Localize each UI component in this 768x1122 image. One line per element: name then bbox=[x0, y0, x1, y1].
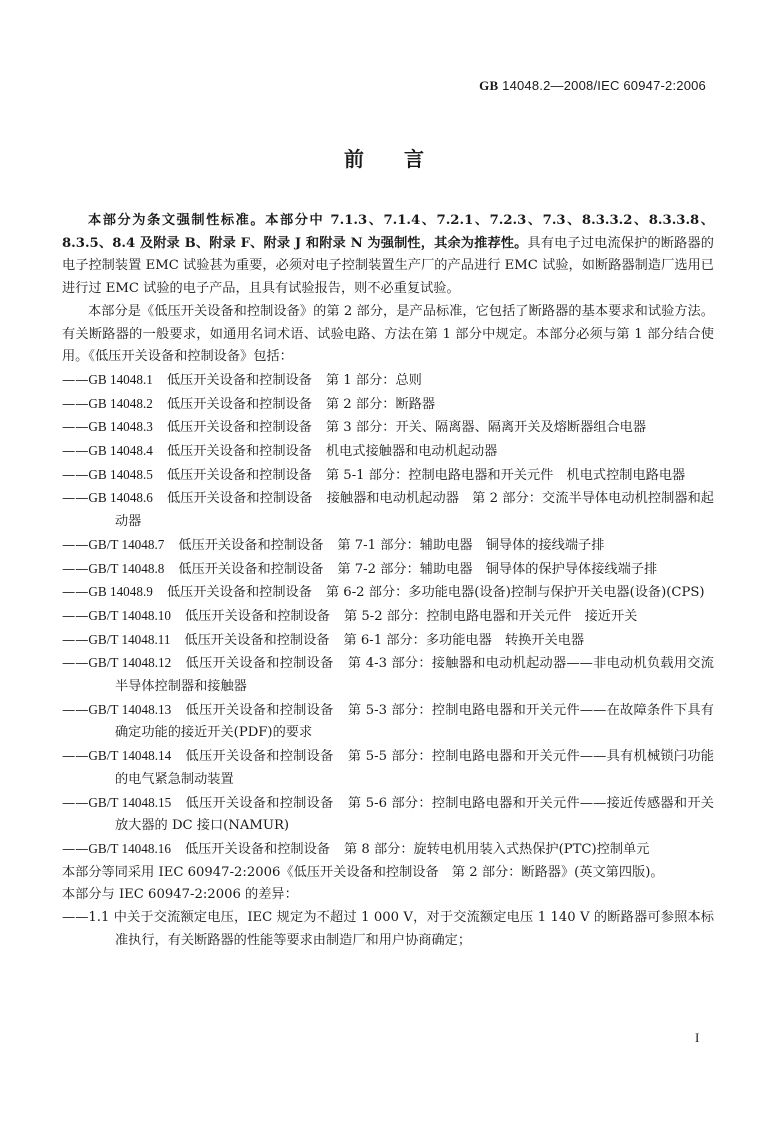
standard-part-title: 第 6-2 部分：多功能电器(设备)控制与保护开关电器(设备)(CPS) bbox=[326, 585, 705, 600]
standard-series: 低压开关设备和控制设备 bbox=[167, 468, 312, 483]
standard-code: GB/T 14048.11 bbox=[88, 632, 170, 647]
standard-code: GB 14048.9 bbox=[88, 584, 152, 599]
standard-part-title: 第 6-1 部分：多功能电器 转换开关电器 bbox=[344, 633, 585, 648]
em-dash: —— bbox=[62, 468, 88, 483]
em-dash: —— bbox=[62, 656, 88, 671]
standard-series: 低压开关设备和控制设备 bbox=[167, 585, 312, 600]
standard-series: 低压开关设备和控制设备 bbox=[185, 749, 333, 764]
standard-code: GB/T 14048.7 bbox=[88, 537, 164, 552]
page-title: 前言 bbox=[0, 143, 768, 172]
standard-code: GB/T 14048.10 bbox=[88, 608, 171, 623]
standard-prefix: GB bbox=[479, 78, 498, 93]
em-dash: —— bbox=[62, 420, 88, 435]
differences-list: ——1.1 中关于交流额定电压，IEC 规定为不超过 1 000 V，对于交流额… bbox=[62, 907, 714, 952]
paragraph-scope: 本部分是《低压开关设备和控制设备》的第 2 部分，是产品标准，它包括了断路器的基… bbox=[62, 301, 714, 369]
standard-number: 14048.2—2008/IEC 60947-2:2006 bbox=[502, 78, 706, 93]
standard-series: 低压开关设备和控制设备 bbox=[178, 562, 323, 577]
standard-series-list: ——GB 14048.1低压开关设备和控制设备第 1 部分：总则——GB 140… bbox=[62, 369, 714, 862]
em-dash: —— bbox=[62, 609, 88, 624]
standard-code: GB 14048.5 bbox=[88, 467, 152, 482]
em-dash: —— bbox=[62, 585, 88, 600]
standard-part-title: 第 7-1 部分：辅助电器 铜导体的接线端子排 bbox=[337, 538, 604, 553]
standard-list-item: ——GB/T 14048.7低压开关设备和控制设备第 7-1 部分：辅助电器 铜… bbox=[62, 534, 714, 558]
em-dash: —— bbox=[62, 633, 88, 648]
standard-series: 低压开关设备和控制设备 bbox=[185, 796, 333, 811]
standard-part-title: 第 5-2 部分：控制电路电器和开关元件 接近开关 bbox=[344, 609, 637, 624]
em-dash: —— bbox=[62, 910, 88, 925]
standard-list-item: ——GB/T 14048.16低压开关设备和控制设备第 8 部分：旋转电机用装入… bbox=[62, 838, 714, 862]
standard-list-item: ——GB 14048.1低压开关设备和控制设备第 1 部分：总则 bbox=[62, 369, 714, 393]
standard-series: 低压开关设备和控制设备 bbox=[185, 609, 330, 624]
em-dash: —— bbox=[62, 397, 88, 412]
standard-list-item: ——GB/T 14048.10低压开关设备和控制设备第 5-2 部分：控制电路电… bbox=[62, 605, 714, 629]
standard-series: 低压开关设备和控制设备 bbox=[185, 703, 333, 718]
standard-series: 低压开关设备和控制设备 bbox=[178, 538, 323, 553]
differences-intro: 本部分与 IEC 60947-2:2006 的差异： bbox=[62, 884, 714, 907]
standard-list-item: ——GB/T 14048.13低压开关设备和控制设备第 5-3 部分：控制电路电… bbox=[62, 699, 714, 745]
page-number: I bbox=[695, 1030, 699, 1046]
standard-list-item: ——GB 14048.6低压开关设备和控制设备接触器和电动机起动器 第 2 部分… bbox=[62, 487, 714, 533]
standard-code: GB/T 14048.13 bbox=[88, 702, 171, 717]
standard-code: GB/T 14048.16 bbox=[88, 841, 171, 856]
document-body: 本部分为条文强制性标准。本部分中 7.1.3、7.1.4、7.2.1、7.2.3… bbox=[62, 210, 714, 953]
em-dash: —— bbox=[62, 842, 88, 857]
difference-text: 1.1 中关于交流额定电压，IEC 规定为不超过 1 000 V，对于交流额定电… bbox=[88, 910, 714, 948]
em-dash: —— bbox=[62, 491, 88, 506]
standard-list-item: ——GB 14048.9低压开关设备和控制设备第 6-2 部分：多功能电器(设备… bbox=[62, 581, 714, 605]
standard-code: GB 14048.1 bbox=[88, 372, 152, 387]
standard-code: GB 14048.2 bbox=[88, 396, 152, 411]
standard-series: 低压开关设备和控制设备 bbox=[185, 656, 333, 671]
em-dash: —— bbox=[62, 373, 88, 388]
difference-item: ——1.1 中关于交流额定电压，IEC 规定为不超过 1 000 V，对于交流额… bbox=[62, 907, 714, 952]
standard-part-title: 第 3 部分：开关、隔离器、隔离开关及熔断器组合电器 bbox=[326, 420, 646, 435]
standard-part-title: 第 7-2 部分：辅助电器 铜导体的保护导体接线端子排 bbox=[337, 562, 657, 577]
em-dash: —— bbox=[62, 562, 88, 577]
standard-list-item: ——GB 14048.4低压开关设备和控制设备机电式接触器和电动机起动器 bbox=[62, 440, 714, 464]
standard-series: 低压开关设备和控制设备 bbox=[167, 420, 312, 435]
standard-series: 低压开关设备和控制设备 bbox=[167, 397, 312, 412]
standard-part-title: 第 8 部分：旋转电机用装入式热保护(PTC)控制单元 bbox=[344, 842, 649, 857]
standard-code: GB/T 14048.8 bbox=[88, 561, 164, 576]
em-dash: —— bbox=[62, 796, 88, 811]
standard-series: 低压开关设备和控制设备 bbox=[184, 633, 329, 648]
em-dash: —— bbox=[62, 444, 88, 459]
standard-list-item: ——GB/T 14048.15低压开关设备和控制设备第 5-6 部分：控制电路电… bbox=[62, 792, 714, 838]
em-dash: —— bbox=[62, 703, 88, 718]
standard-series: 低压开关设备和控制设备 bbox=[167, 491, 313, 506]
standard-list-item: ——GB/T 14048.14低压开关设备和控制设备第 5-5 部分：控制电路电… bbox=[62, 745, 714, 791]
standard-number-header: GB 14048.2—2008/IEC 60947-2:2006 bbox=[479, 78, 706, 94]
paragraph-mandatory-clauses: 本部分为条文强制性标准。本部分中 7.1.3、7.1.4、7.2.1、7.2.3… bbox=[62, 210, 714, 301]
standard-list-item: ——GB 14048.2低压开关设备和控制设备第 2 部分：断路器 bbox=[62, 393, 714, 417]
adoption-statement: 本部分等同采用 IEC 60947-2:2006《低压开关设备和控制设备 第 2… bbox=[62, 862, 714, 885]
standard-series: 低压开关设备和控制设备 bbox=[185, 842, 330, 857]
standard-part-title: 机电式接触器和电动机起动器 bbox=[326, 444, 497, 459]
em-dash: —— bbox=[62, 749, 88, 764]
standard-list-item: ——GB/T 14048.11低压开关设备和控制设备第 6-1 部分：多功能电器… bbox=[62, 629, 714, 653]
em-dash: —— bbox=[62, 538, 88, 553]
standard-code: GB 14048.4 bbox=[88, 443, 152, 458]
standard-code: GB 14048.6 bbox=[88, 490, 153, 505]
standard-list-item: ——GB 14048.5低压开关设备和控制设备第 5-1 部分：控制电路电器和开… bbox=[62, 464, 714, 488]
standard-part-title: 第 1 部分：总则 bbox=[326, 373, 422, 388]
standard-series: 低压开关设备和控制设备 bbox=[167, 373, 312, 388]
standard-series: 低压开关设备和控制设备 bbox=[167, 444, 312, 459]
standard-code: GB/T 14048.14 bbox=[88, 748, 171, 763]
standard-part-title: 第 5-1 部分：控制电路电器和开关元件 机电式控制电路电器 bbox=[326, 468, 685, 483]
standard-list-item: ——GB 14048.3低压开关设备和控制设备第 3 部分：开关、隔离器、隔离开… bbox=[62, 416, 714, 440]
standard-code: GB/T 14048.12 bbox=[88, 655, 171, 670]
standard-part-title: 第 2 部分：断路器 bbox=[326, 397, 435, 412]
standard-list-item: ——GB/T 14048.12低压开关设备和控制设备第 4-3 部分：接触器和电… bbox=[62, 652, 714, 698]
standard-code: GB 14048.3 bbox=[88, 419, 152, 434]
standard-code: GB/T 14048.15 bbox=[88, 795, 171, 810]
standard-list-item: ——GB/T 14048.8低压开关设备和控制设备第 7-2 部分：辅助电器 铜… bbox=[62, 558, 714, 582]
